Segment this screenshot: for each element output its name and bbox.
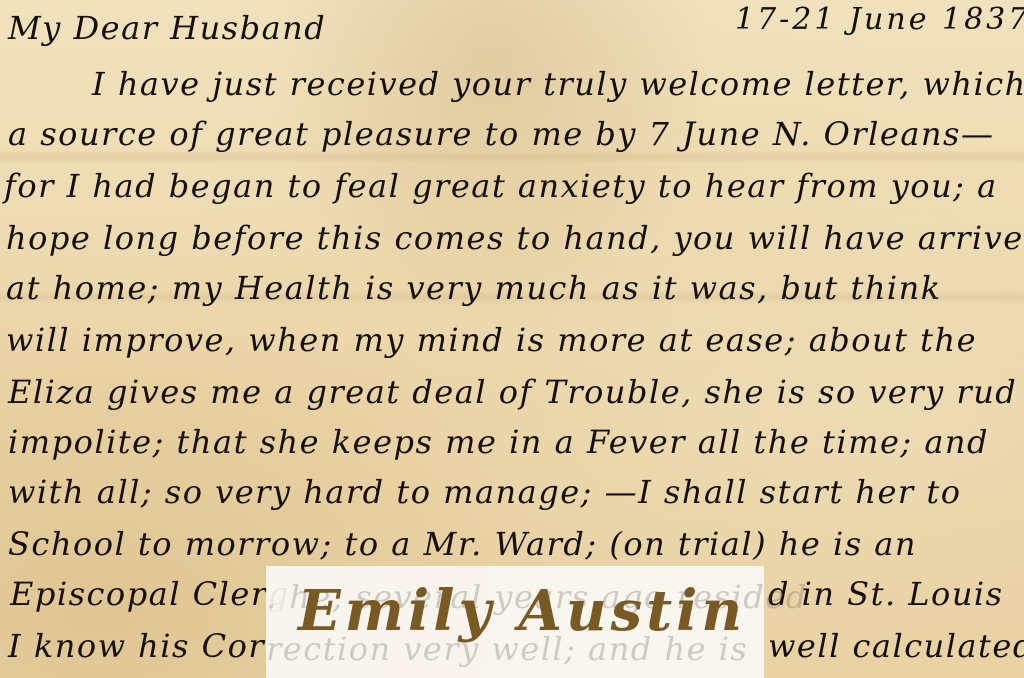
letter-line-6: will improve, when my mind is more at ea… bbox=[6, 324, 977, 356]
letter-line-4: hope long before this comes to hand, you… bbox=[6, 222, 1024, 254]
letter-line-1: I have just received your truly welcome … bbox=[92, 68, 1024, 100]
letter-line-3: for I had began to feal great anxiety to… bbox=[4, 170, 998, 202]
salutation: My Dear Husband bbox=[8, 12, 326, 44]
letter-line-5: at home; my Health is very much as it wa… bbox=[6, 272, 942, 304]
letter-page: 17-21 June 1837 My Dear Husband I have j… bbox=[0, 0, 1024, 678]
letter-line-7: Eliza gives me a great deal of Trouble, … bbox=[8, 376, 1017, 408]
letter-line-2: a source of great pleasure to me by 7 Ju… bbox=[8, 118, 994, 150]
letter-line-12: I know his Cor bbox=[8, 630, 265, 662]
letter-line-11: Episcopal Clerg bbox=[10, 578, 290, 610]
letter-line-10: School to morrow; to a Mr. Ward; (on tri… bbox=[8, 528, 917, 560]
letter-line-8: impolite; that she keeps me in a Fever a… bbox=[8, 426, 989, 458]
letter-line-12-tail: well calculated bbox=[768, 630, 1024, 662]
letter-line-9: with all; so very hard to manage; —I sha… bbox=[8, 476, 962, 508]
letter-date: 17-21 June 1837 bbox=[735, 2, 1024, 37]
signature: Emily Austin bbox=[298, 578, 746, 644]
